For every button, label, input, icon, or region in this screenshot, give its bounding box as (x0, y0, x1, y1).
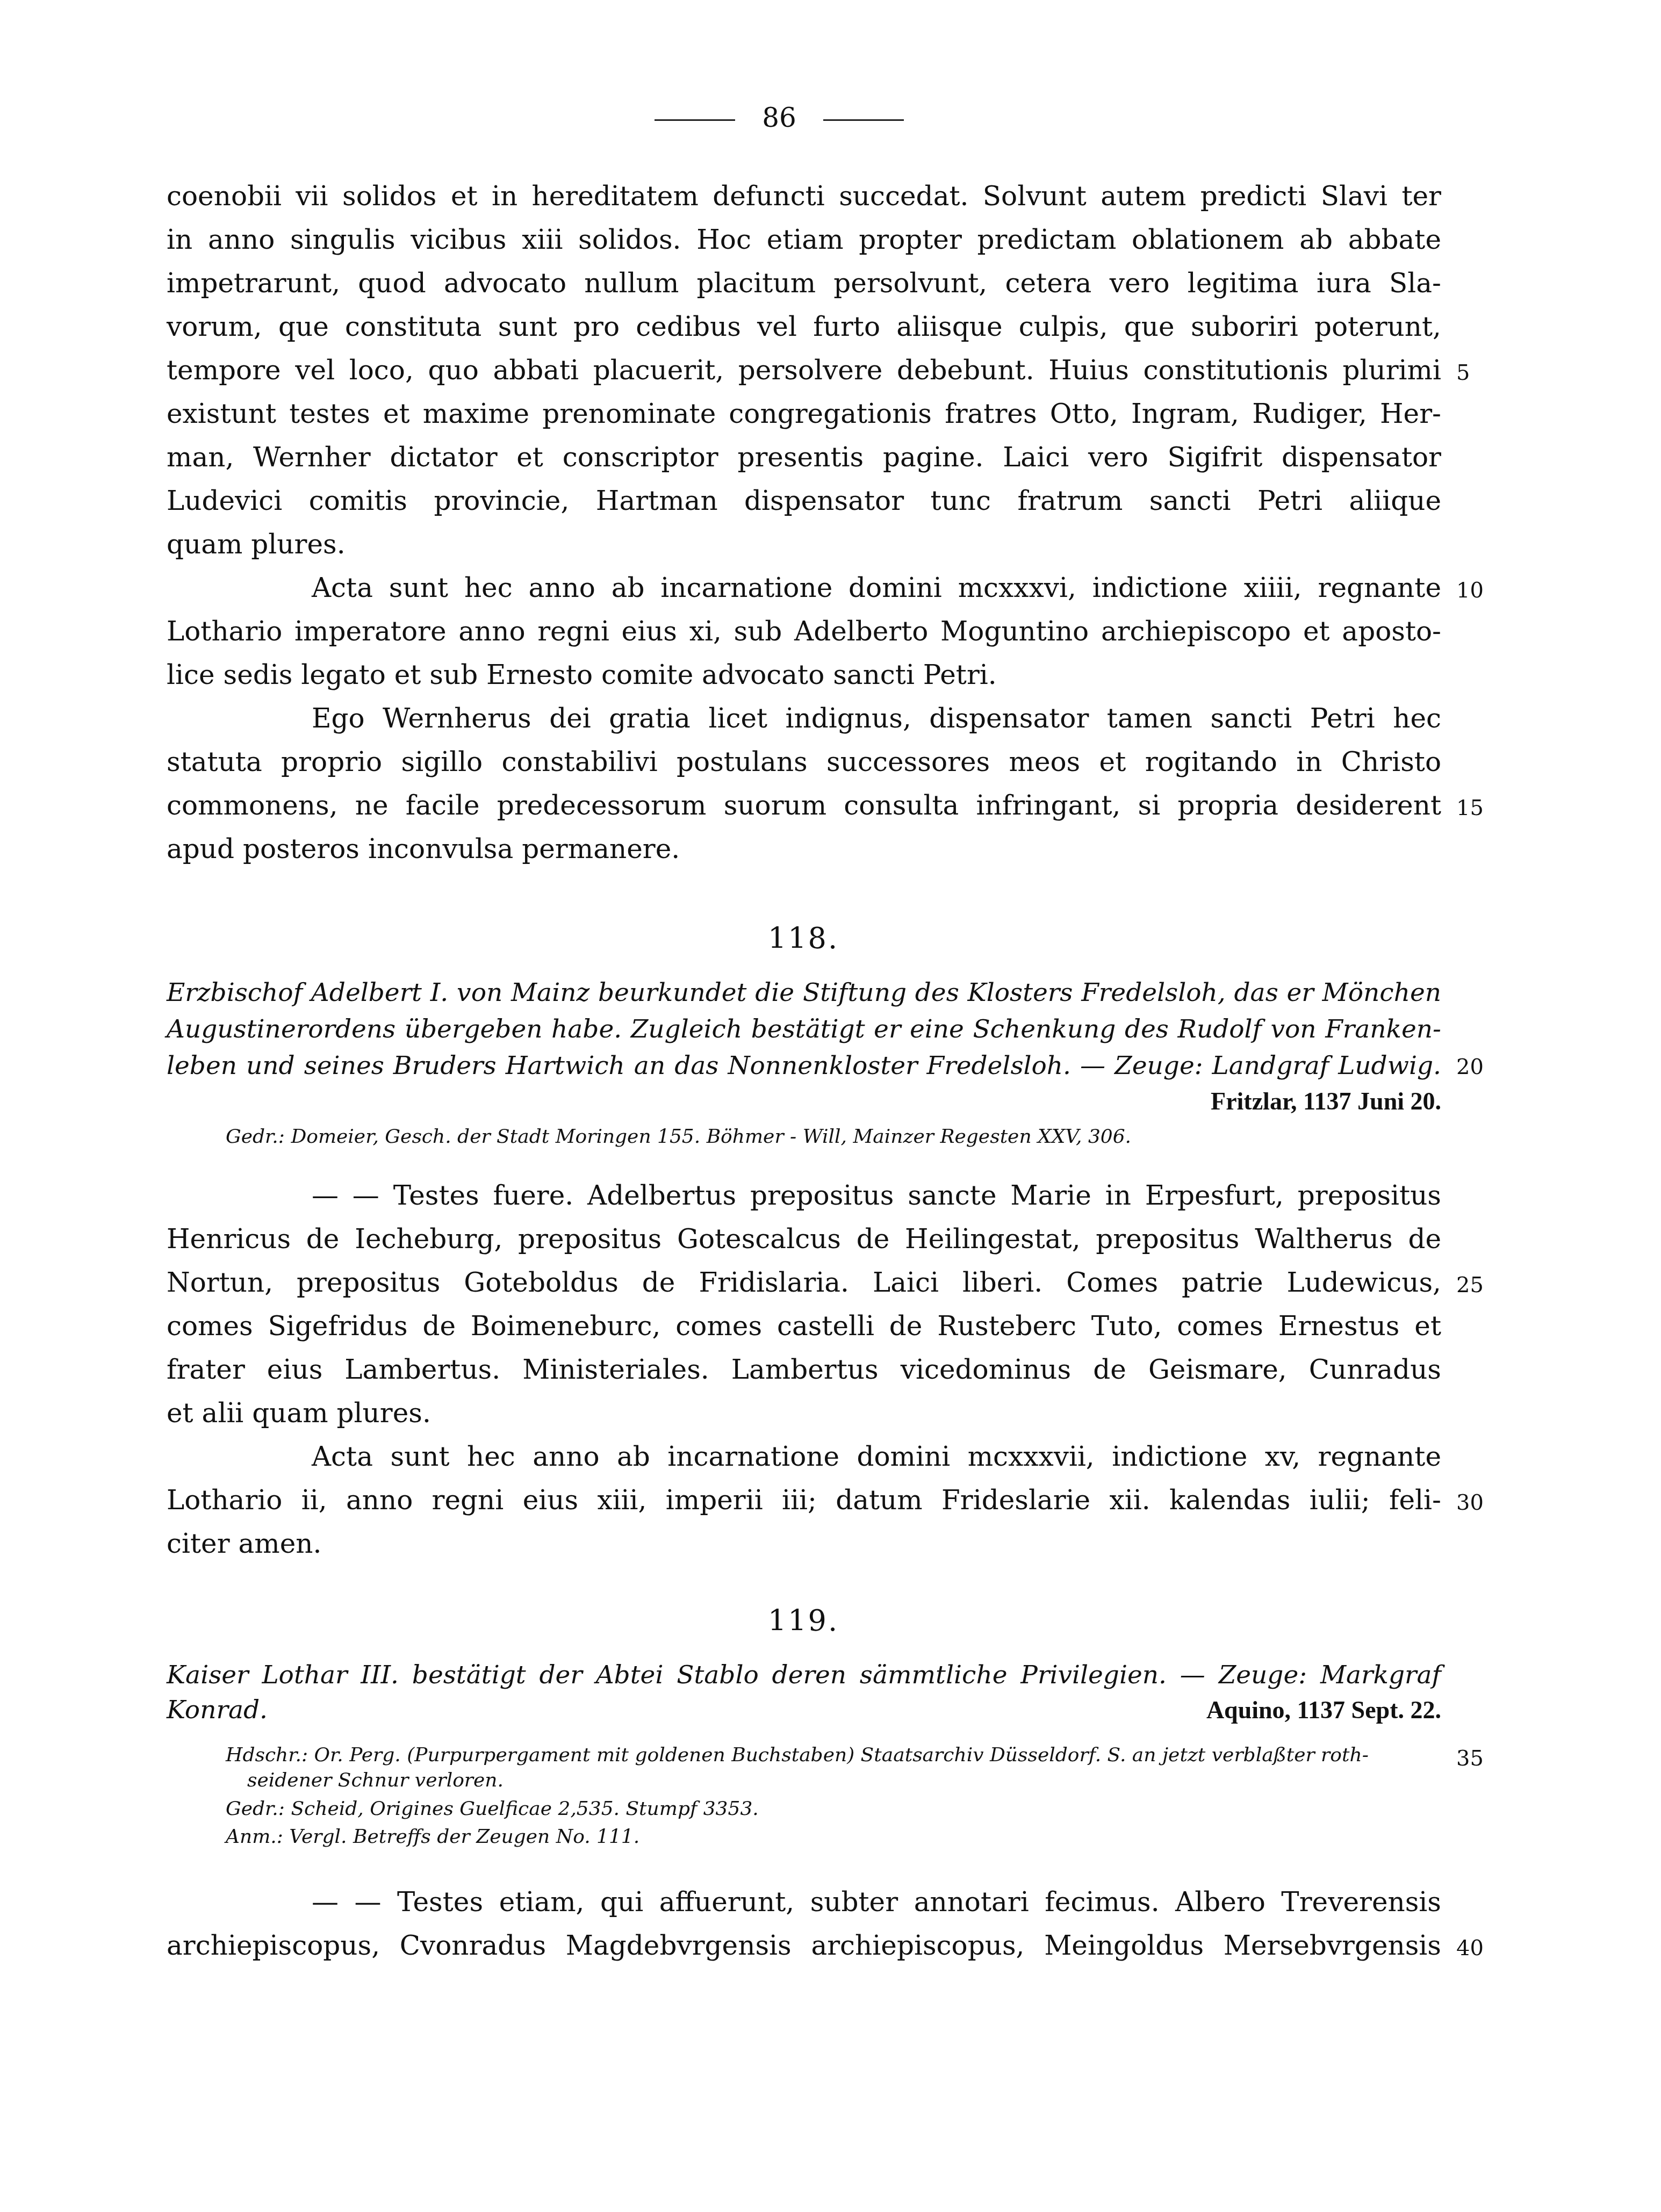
line-number: 10 (1456, 574, 1484, 607)
regest-summary-line: Augustinerordens übergeben habe. Zugleic… (167, 1014, 1441, 1044)
body-line: impetrarunt, quod advocato nullum placit… (167, 267, 1441, 299)
body-line: tempore vel loco, quo abbati placuerit, … (167, 354, 1441, 386)
document-number-119: 119. (0, 1604, 1607, 1638)
body-line: statuta proprio sigillo constabilivi pos… (167, 746, 1441, 778)
body-line: lice sedis legato et sub Ernesto comite … (167, 659, 1441, 691)
regest-summary-line: leben und seines Bruders Hartwich an das… (167, 1051, 1441, 1081)
line-number: 25 (1456, 1269, 1484, 1301)
annotation-note: Anm.: Vergl. Betreffs der Zeugen No. 111… (226, 1824, 639, 1850)
header-rule-right (823, 119, 904, 121)
place-date: Aquino, 1137 Sept. 22. (1206, 1695, 1441, 1725)
body-line: Ludevici comitis provincie, Hartman disp… (167, 485, 1441, 517)
line-number: 35 (1456, 1742, 1484, 1775)
body-line: Acta sunt hec anno ab incarnatione domin… (167, 572, 1441, 604)
body-line: apud posteros inconvulsa permanere. (167, 833, 1441, 865)
body-line: et alii quam plures. (167, 1397, 1441, 1429)
line-number: 20 (1456, 1051, 1484, 1083)
body-line: Henricus de Iecheburg, prepositus Gotesc… (167, 1223, 1441, 1255)
line-number: 30 (1456, 1487, 1484, 1519)
regest-summary-line: Erzbischof Adelbert I. von Mainz beurkun… (167, 978, 1441, 1008)
print-reference-note: Gedr.: Scheid, Origines Guelficae 2,535.… (226, 1796, 759, 1822)
header-rule-left (655, 119, 735, 121)
print-reference-note: Gedr.: Domeier, Gesch. der Stadt Moringe… (226, 1124, 1131, 1150)
document-page: 86 coenobii vii solidos et in hereditate… (0, 0, 1661, 2212)
body-line: coenobii vii solidos et in hereditatem d… (167, 180, 1441, 212)
place-date: Fritzlar, 1137 Juni 20. (1211, 1086, 1441, 1116)
page-header: 86 (0, 102, 1558, 133)
manuscript-note: Hdschr.: Or. Perg. (Purpurpergament mit … (226, 1742, 1369, 1768)
body-line: — — Testes fuere. Adelbertus prepositus … (167, 1179, 1441, 1212)
body-line: — — Testes etiam, qui affuerunt, subter … (167, 1886, 1441, 1918)
body-line: vorum, que constituta sunt pro cedibus v… (167, 311, 1441, 343)
body-line: existunt testes et maxime prenominate co… (167, 398, 1441, 430)
body-line: Nortun, prepositus Goteboldus de Fridisl… (167, 1266, 1441, 1299)
body-line: quam plures. (167, 528, 1441, 560)
line-number: 15 (1456, 792, 1484, 824)
line-number: 5 (1456, 357, 1470, 389)
body-line: commonens, ne facile predecessorum suoru… (167, 789, 1441, 822)
body-line: Lothario ii, anno regni eius xiii, imper… (167, 1484, 1441, 1516)
body-line: frater eius Lambertus. Ministeriales. La… (167, 1353, 1441, 1386)
document-number-118: 118. (0, 921, 1607, 955)
body-line: archiepiscopus, Cvonradus Magdebvrgensis… (167, 1929, 1441, 1962)
body-line: comes Sigefridus de Boimeneburc, comes c… (167, 1310, 1441, 1342)
page-number: 86 (762, 102, 796, 133)
regest-summary-line: Kaiser Lothar III. bestätigt der Abtei S… (167, 1660, 1441, 1690)
body-line: in anno singulis vicibus xiii solidos. H… (167, 224, 1441, 256)
body-line: Ego Wernherus dei gratia licet indignus,… (167, 702, 1441, 734)
body-line: man, Wernher dictator et conscriptor pre… (167, 441, 1441, 473)
body-line: Lothario imperatore anno regni eius xi, … (167, 615, 1441, 647)
manuscript-note-continued: seidener Schnur verloren. (247, 1768, 504, 1793)
body-line: citer amen. (167, 1527, 1441, 1560)
line-number: 40 (1456, 1932, 1484, 1964)
body-line: Acta sunt hec anno ab incarnatione domin… (167, 1440, 1441, 1473)
